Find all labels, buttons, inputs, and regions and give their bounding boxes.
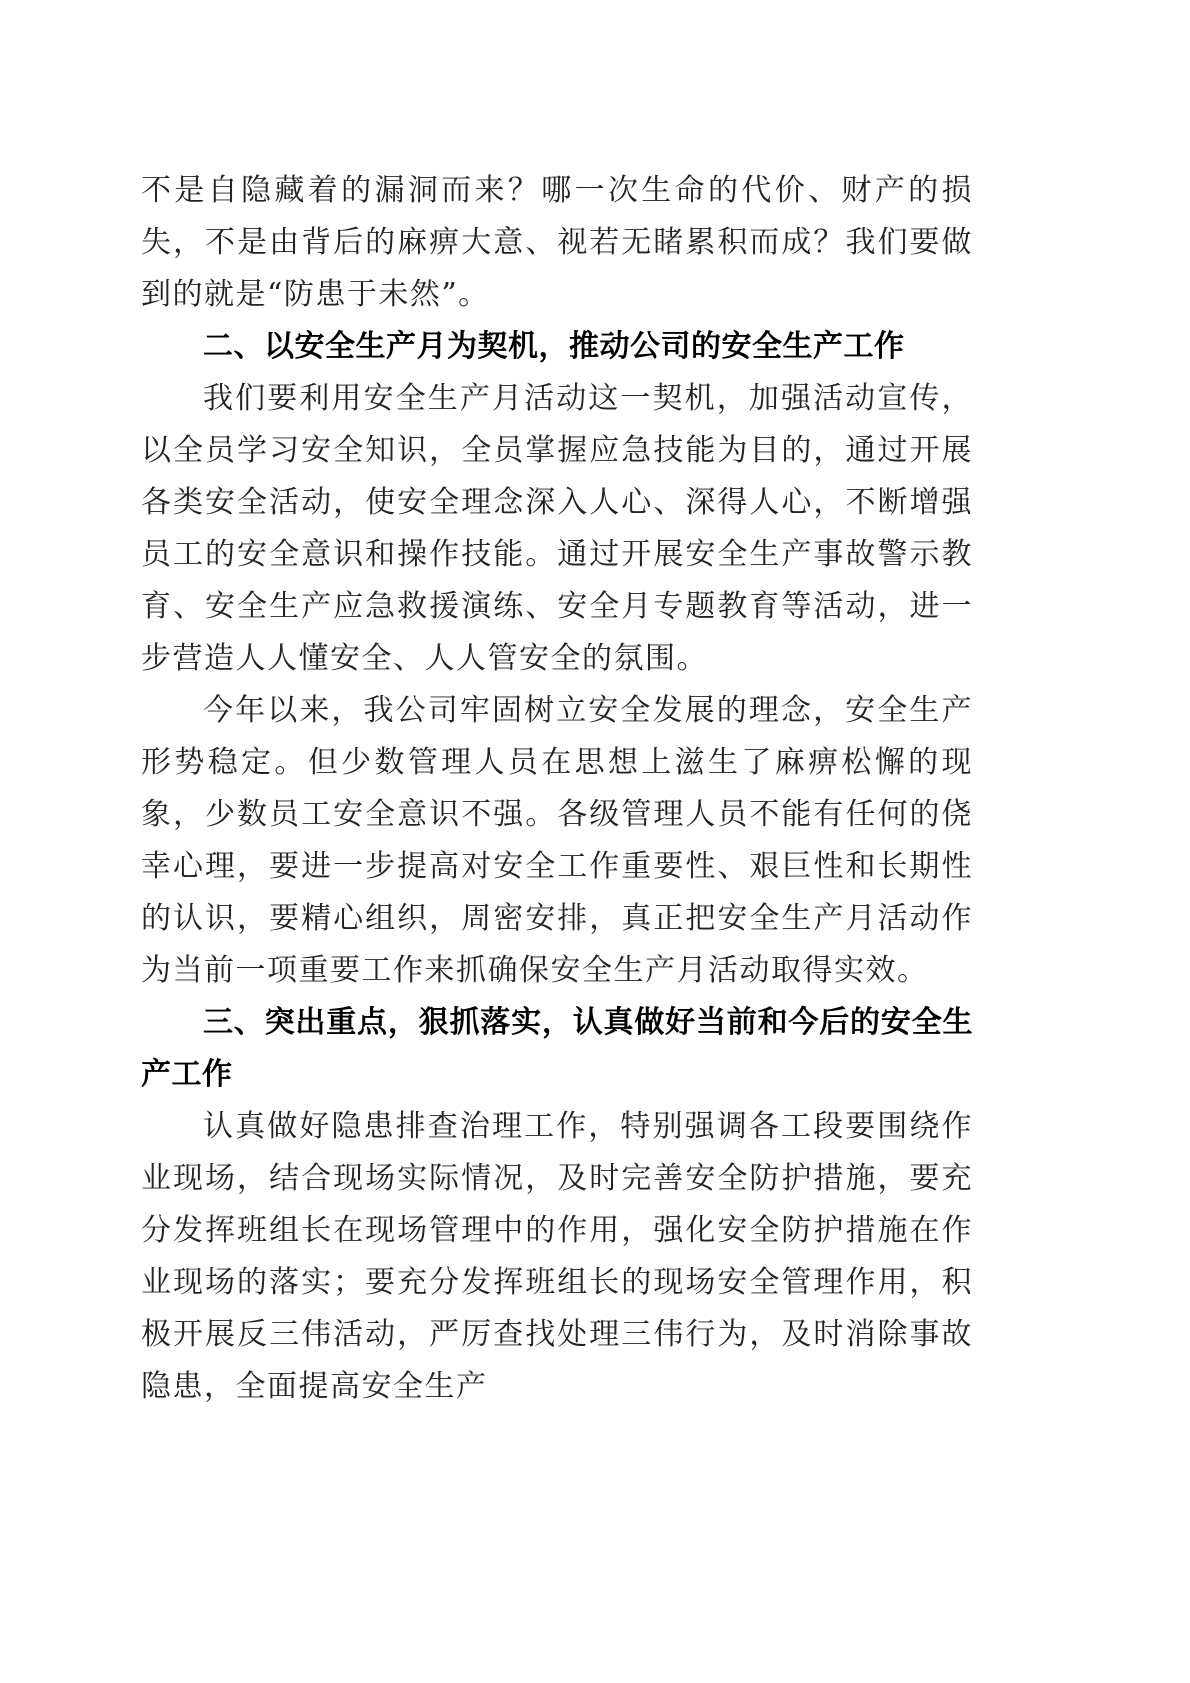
- section-heading-3: 三、突出重点，狠抓落实，认真做好当前和今后的安全生产工作: [141, 997, 973, 1101]
- document-body: 不是自隐藏着的漏洞而来？哪一次生命的代价、财产的损失，不是由背后的麻痹大意、视若…: [141, 165, 973, 1413]
- section-heading-2: 二、以安全生产月为契机，推动公司的安全生产工作: [141, 321, 973, 373]
- document-page: 不是自隐藏着的漏洞而来？哪一次生命的代价、财产的损失，不是由背后的麻痹大意、视若…: [0, 0, 1190, 1683]
- paragraph-safety-month-activities: 我们要利用安全生产月活动这一契机，加强活动宣传，以全员学习安全知识，全员掌握应急…: [141, 373, 973, 685]
- paragraph-hazard-inspection: 认真做好隐患排查治理工作，特别强调各工段要围绕作业现场，结合现场实际情况，及时完…: [141, 1101, 973, 1413]
- paragraph-continuation: 不是自隐藏着的漏洞而来？哪一次生命的代价、财产的损失，不是由背后的麻痹大意、视若…: [141, 165, 973, 321]
- paragraph-current-situation: 今年以来，我公司牢固树立安全发展的理念，安全生产形势稳定。但少数管理人员在思想上…: [141, 685, 973, 997]
